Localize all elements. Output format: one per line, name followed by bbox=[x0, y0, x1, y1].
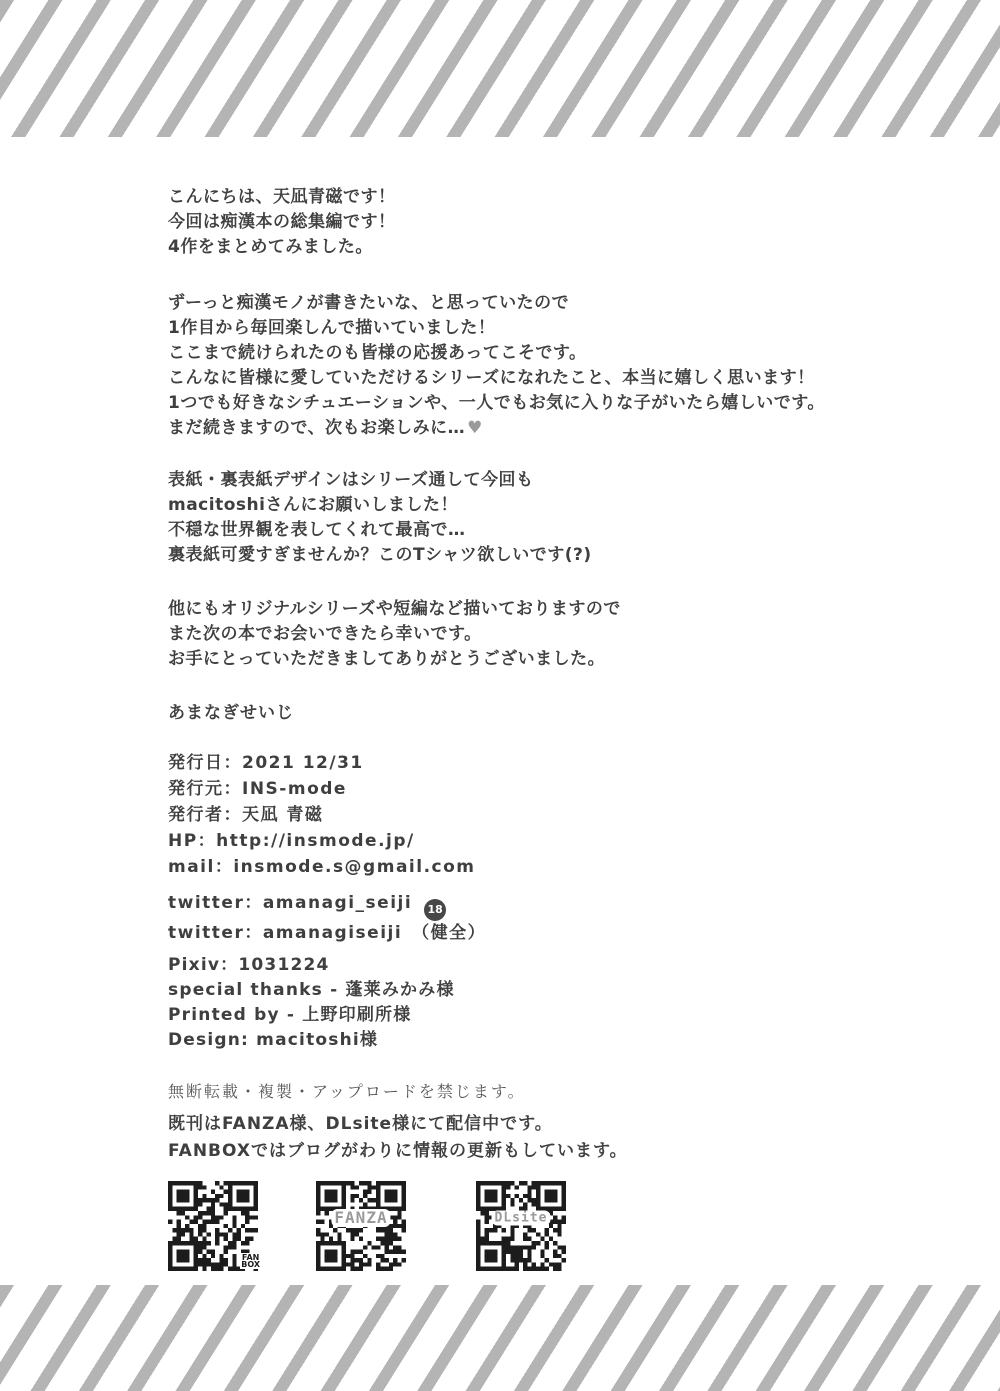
text-line: また次の本でお会いできたら幸いです。 bbox=[168, 622, 888, 647]
design-credit-paragraph: 表紙・裏表紙デザインはシリーズ通して今回も macitoshiさんにお願いしまし… bbox=[168, 468, 888, 568]
bottom-stripe-border bbox=[0, 1285, 1000, 1391]
text-line: まだ続きますので、次もお楽しみに…♥ bbox=[168, 416, 888, 441]
text-line: FANBOXではブログがわりに情報の更新もしています。 bbox=[168, 1138, 888, 1165]
special-thanks-line: special thanks - 蓬莱みかみ様 bbox=[168, 978, 888, 1003]
qr-code-image bbox=[476, 1181, 566, 1275]
text-line: 既刊はFANZA様、DLsite様にて配信中です。 bbox=[168, 1111, 888, 1138]
fanbox-qr-code: FAN BOX bbox=[168, 1181, 258, 1271]
mail-line: mail：insmode.s@gmail.com bbox=[168, 854, 888, 880]
publish-date-line: 発行日：2021 12/31 bbox=[168, 750, 888, 776]
author-line: 発行者：天凪 青磁 bbox=[168, 802, 888, 828]
heart-icon: ♥ bbox=[467, 418, 483, 438]
series-notes-paragraph: ずーっと痴漢モノが書きたいな、と思っていたので 1作目から毎回楽しんで描いていま… bbox=[168, 291, 888, 441]
text-line: こんなに皆様に愛していただけるシリーズになれたこと、本当に嬉しく思います！ bbox=[168, 366, 888, 391]
text-line: ここまで続けられたのも皆様の応援あってこそです。 bbox=[168, 341, 888, 366]
top-stripe-border bbox=[0, 0, 1000, 137]
twitter-block: twitter：amanagi_seiji18 twitter：amanagis… bbox=[168, 891, 888, 946]
text-line: 1つでも好きなシチュエーションや、一人でもお気に入りな子がいたら嬉しいです。 bbox=[168, 391, 888, 416]
text-line: 表紙・裏表紙デザインはシリーズ通して今回も bbox=[168, 468, 888, 493]
text-line: 他にもオリジナルシリーズや短編など描いておりますので bbox=[168, 597, 888, 622]
text-line: 裏表紙可愛すぎませんか？このTシャツ欲しいです(?) bbox=[168, 543, 888, 568]
text-line: macitoshiさんにお願いしました！ bbox=[168, 493, 888, 518]
fanza-qr-label: FANZA bbox=[331, 1209, 390, 1227]
text-line: 今回は痴漢本の総集編です！ bbox=[168, 210, 888, 235]
r18-icon: 18 bbox=[424, 899, 446, 921]
text-line: こんにちは、天凪青磁です！ bbox=[168, 185, 888, 210]
twitter-sfw-line: twitter：amanagiseiji （健全） bbox=[168, 921, 888, 946]
text-line: 1作目から毎回楽しんで描いていました！ bbox=[168, 316, 888, 341]
pixiv-line: Pixiv：1031224 bbox=[168, 953, 888, 978]
text-line: ずーっと痴漢モノが書きたいな、と思っていたので bbox=[168, 291, 888, 316]
qr-code-row: FAN BOX FANZA DLsite bbox=[168, 1181, 888, 1271]
text-line: お手にとっていただきましてありがとうございました。 bbox=[168, 647, 888, 672]
homepage-line: HP：http://insmode.jp/ bbox=[168, 828, 888, 854]
fanza-qr-code: FANZA bbox=[316, 1181, 406, 1271]
greeting-paragraph: こんにちは、天凪青磁です！ 今回は痴漢本の総集編です！ 4作をまとめてみました。 bbox=[168, 185, 888, 260]
text-line: 不穏な世界観を表してくれて最高で… bbox=[168, 518, 888, 543]
colophon-block: 発行日：2021 12/31 発行元：INS-mode 発行者：天凪 青磁 HP… bbox=[168, 750, 888, 880]
copyright-notice: 無断転載・複製・アップロードを禁じます。 bbox=[168, 1079, 888, 1104]
text-line: 4作をまとめてみました。 bbox=[168, 235, 888, 260]
author-signature: あまなぎせいじ bbox=[168, 698, 888, 723]
design-line: Design: macitoshi様 bbox=[168, 1028, 888, 1053]
publisher-line: 発行元：INS-mode bbox=[168, 776, 888, 802]
dlsite-qr-label: DLsite bbox=[492, 1211, 551, 1226]
closing-paragraph: 他にもオリジナルシリーズや短編など描いておりますので また次の本でお会いできたら… bbox=[168, 597, 888, 672]
afterword-page: こんにちは、天凪青磁です！ 今回は痴漢本の総集編です！ 4作をまとめてみました。… bbox=[168, 185, 888, 1271]
twitter-r18-line: twitter：amanagi_seiji18 bbox=[168, 891, 888, 921]
fanbox-qr-label: FAN BOX bbox=[240, 1253, 261, 1269]
distribution-info: 既刊はFANZA様、DLsite様にて配信中です。 FANBOXではブログがわり… bbox=[168, 1111, 888, 1165]
printed-by-line: Printed by - 上野印刷所様 bbox=[168, 1003, 888, 1028]
credits-block: Pixiv：1031224 special thanks - 蓬莱みかみ様 Pr… bbox=[168, 953, 888, 1053]
qr-code-image bbox=[316, 1181, 406, 1275]
dlsite-qr-code: DLsite bbox=[476, 1181, 566, 1271]
